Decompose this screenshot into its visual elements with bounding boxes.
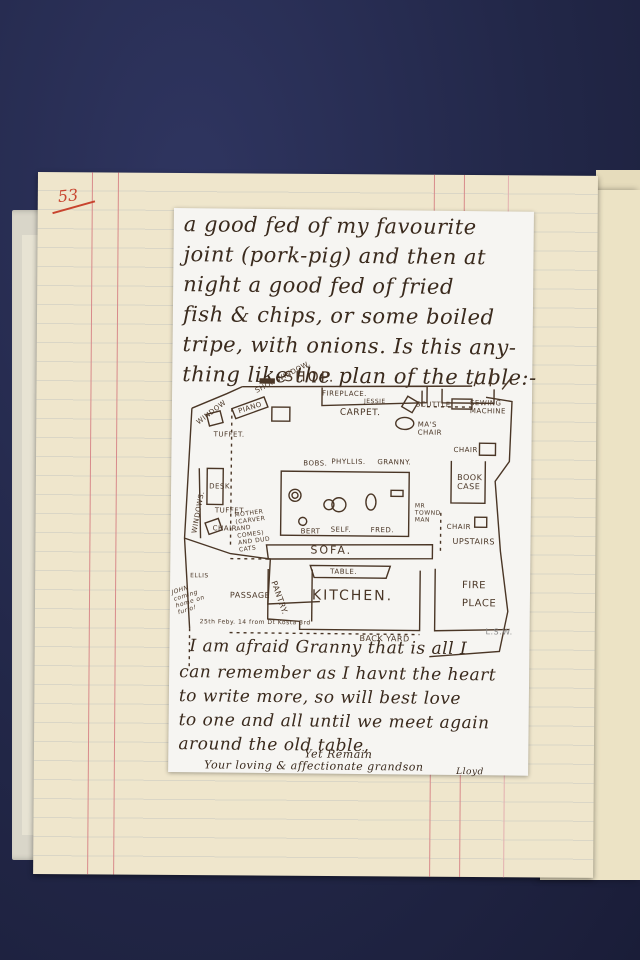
label-bert: BERT	[301, 527, 321, 535]
label-scuttle: SCUTTLE	[416, 401, 451, 409]
letter-sheet: a good fed of my favourite joint (pork-p…	[168, 208, 534, 776]
label-book-case: BOOK CASE	[457, 473, 479, 491]
label-shop: SHOP.	[284, 369, 335, 386]
label-jessie: JESSIE	[364, 398, 386, 405]
label-fireplace-top: FIREPLACE.	[322, 390, 367, 398]
label-kitchen: KITCHEN.	[312, 587, 393, 604]
label-carpet: CARPET.	[340, 408, 381, 418]
label-self: SELF.	[331, 526, 351, 534]
letter-line: to write more, so will best love	[179, 686, 461, 709]
label-chair-left: CHAIR	[213, 524, 237, 532]
letter-line: to one and all until we meet again	[179, 710, 490, 733]
letter-line: can remember as I havnt the heart	[179, 662, 496, 685]
label-passage: PASSAGE	[230, 591, 270, 600]
margin-line	[87, 172, 93, 874]
letter-signature: Your loving & affectionate grandson	[204, 758, 424, 773]
label-granny: GRANNY.	[377, 458, 411, 466]
label-sewing-machine: SEWING MACHINE	[470, 399, 514, 415]
label-chair-r2: CHAIR	[447, 523, 471, 531]
label-mr-townsend: MR TOWND MAN	[415, 503, 443, 524]
letter-signature-name: Lloyd	[456, 767, 484, 777]
label-initials: L.S.W.	[486, 627, 513, 636]
label-chair-right: CHAIR	[453, 446, 477, 454]
margin-line	[113, 173, 119, 875]
label-mas-chair: MA'S CHAIR	[418, 421, 448, 437]
letter-line: I am afraid Granny that is all I	[189, 636, 467, 659]
label-mother: MOTHER (CARVER AND COMES) AND DUD CATS	[234, 506, 283, 553]
label-bobs: BOBS.	[303, 459, 327, 467]
label-fred: FRED.	[371, 526, 395, 534]
label-sofa: SOFA.	[310, 543, 352, 556]
label-phyllis: PHYLLIS.	[331, 458, 365, 466]
page-number: 53	[57, 185, 79, 206]
label-upstairs: UPSTAIRS	[452, 537, 495, 546]
label-fire-place: FIRE PLACE	[462, 577, 496, 613]
label-table: TABLE.	[330, 568, 357, 576]
label-tuffet-top: TUFFET.	[214, 430, 245, 438]
label-desk: DESK	[209, 482, 230, 490]
